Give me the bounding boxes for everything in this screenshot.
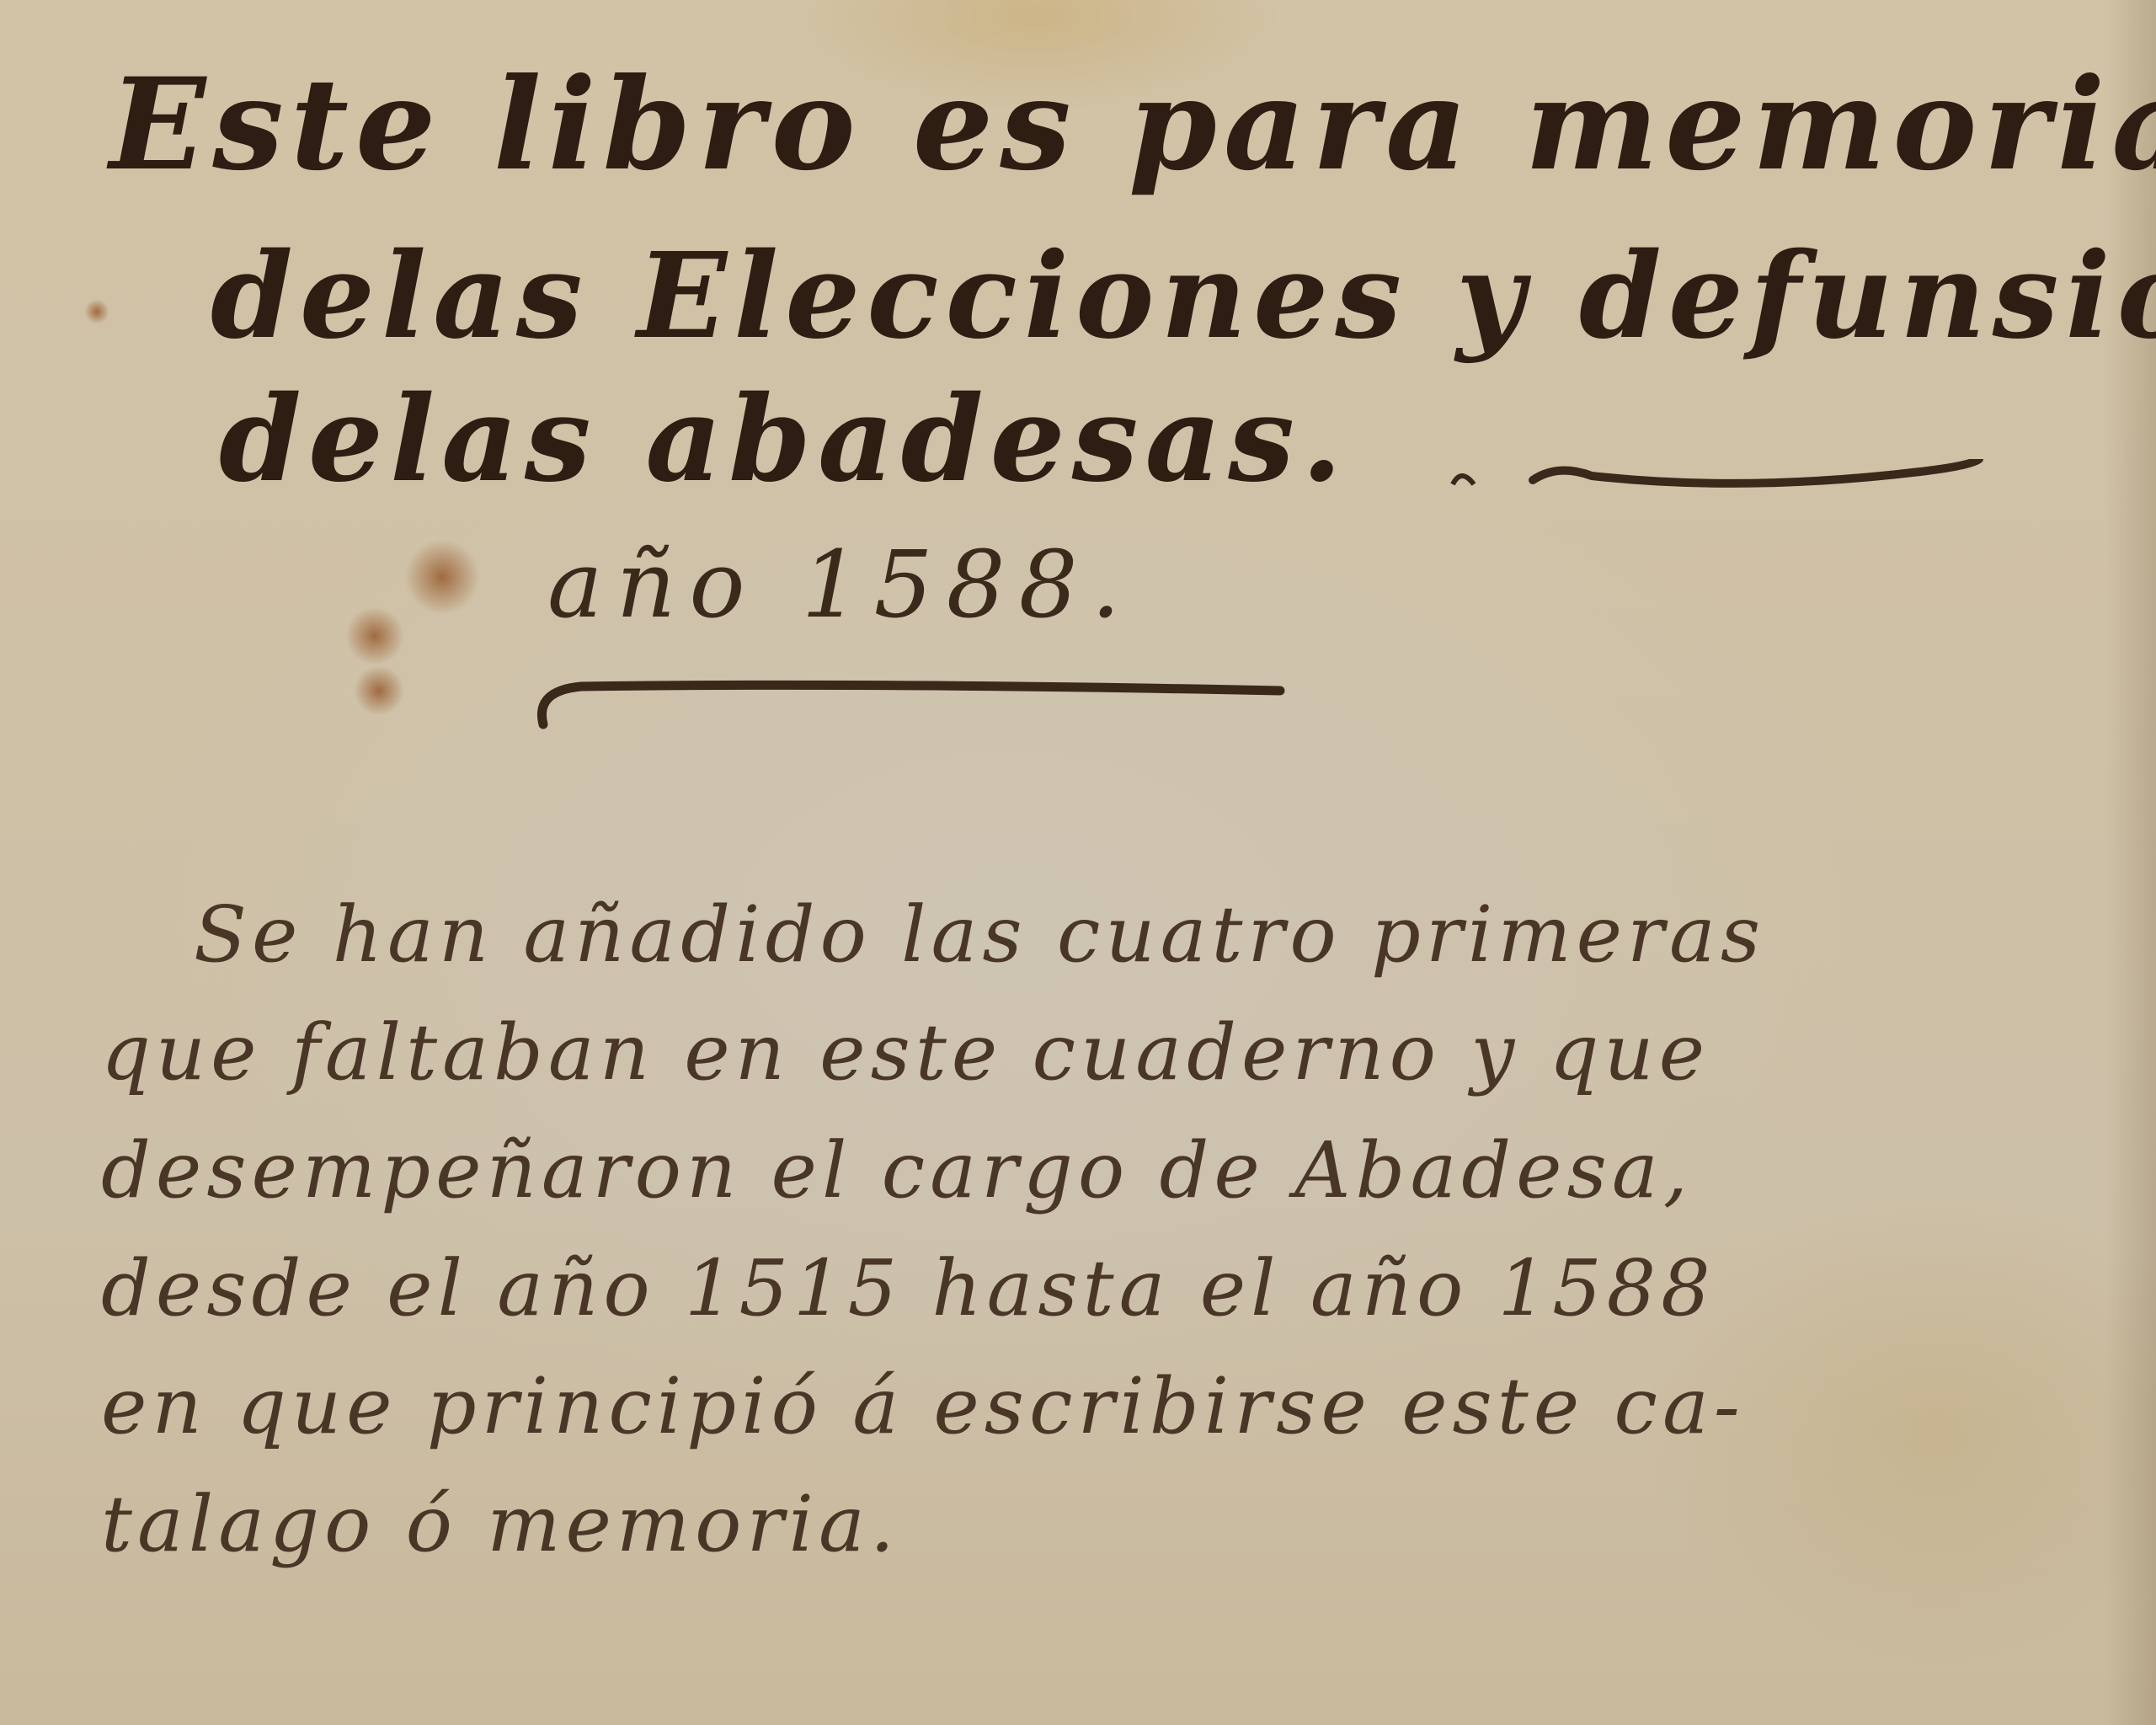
note-line-6: talago ó memoria. [101, 1466, 2038, 1583]
ink-stain [84, 299, 109, 324]
manuscript-page: Este libro es para memoria delas Eleccio… [0, 0, 2156, 1725]
underline-flourish [531, 674, 1289, 741]
heading-line-1: Este libro es para memoria [109, 51, 2156, 199]
note-line-5: en que principió á escribirse este ca- [101, 1348, 2038, 1466]
heading-line-3: delas abadesas. [219, 371, 1349, 509]
ink-stain [354, 665, 404, 716]
ink-stain [345, 606, 404, 665]
note-paragraph: Se han añadido las cuatro primeras que f… [101, 876, 2038, 1583]
note-line-1: Se han añadido las cuatro primeras [101, 876, 2038, 994]
flourish-ornament [1449, 459, 1988, 510]
ink-stain [404, 539, 480, 615]
year-label: año 1588. [547, 531, 1134, 638]
note-line-4: desde el año 1515 hasta el año 1588 [101, 1230, 2038, 1348]
note-line-3: desempeñaron el cargo de Abadesa, [101, 1112, 2038, 1230]
heading-line-2: delas Elecciones y defunsiones [211, 227, 2156, 366]
note-line-2: que faltaban en este cuaderno y que [101, 994, 2038, 1112]
